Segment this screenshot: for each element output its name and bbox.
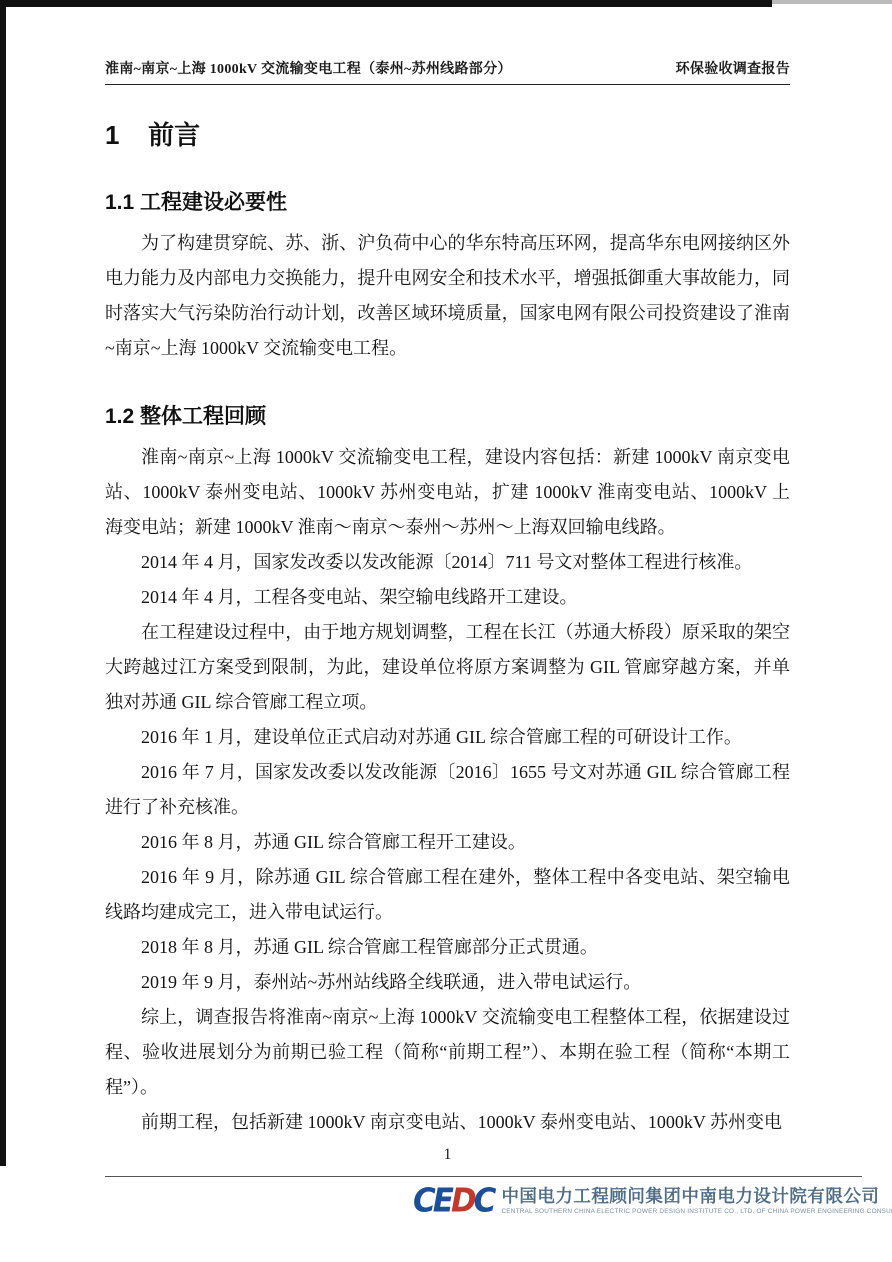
paragraph: 2016 年 9 月，除苏通 GIL 综合管廊工程在建外，整体工程中各变电站、架… <box>105 860 790 930</box>
scan-edge-top-light <box>772 0 892 4</box>
footer-logo-block: CEDC 中国电力工程顾问集团中南电力设计院有限公司 CENTRAL SOUTH… <box>413 1184 892 1218</box>
scan-edge-left <box>0 0 6 1166</box>
chapter-heading: 1前言 <box>105 118 790 152</box>
logo-letters-blue: CE <box>413 1182 451 1220</box>
paragraph: 综上，调查报告将淮南~南京~上海 1000kV 交流输变电工程整体工程，依据建设… <box>105 1000 790 1105</box>
paragraph: 2014 年 4 月，工程各变电站、架空输电线路开工建设。 <box>105 580 790 615</box>
paragraph: 前期工程，包括新建 1000kV 南京变电站、1000kV 泰州变电站、1000… <box>105 1105 790 1140</box>
paragraph: 2016 年 7 月，国家发改委以发改能源〔2016〕1655 号文对苏通 GI… <box>105 755 790 825</box>
header-project-title: 淮南~南京~上海 1000kV 交流输变电工程（泰州~苏州线路部分） <box>105 58 512 78</box>
scan-edge-top <box>0 0 772 7</box>
paragraph: 2014 年 4 月，国家发改委以发改能源〔2014〕711 号文对整体工程进行… <box>105 545 790 580</box>
footer-rule <box>105 1176 862 1177</box>
ceec-logo-icon: CEDC <box>413 1183 493 1219</box>
section-heading-1-1: 1.1 工程建设必要性 <box>105 188 790 218</box>
company-name-english: CENTRAL SOUTHERN CHINA ELECTRIC POWER DE… <box>501 1207 892 1216</box>
chapter-number: 1 <box>105 120 119 150</box>
page-content: 1前言 1.1 工程建设必要性 为了构建贯穿皖、苏、浙、沪负荷中心的华东特高压环… <box>105 85 790 1140</box>
paragraph: 2016 年 1 月，建设单位正式启动对苏通 GIL 综合管廊工程的可研设计工作… <box>105 720 790 755</box>
document-page: 淮南~南京~上海 1000kV 交流输变电工程（泰州~苏州线路部分） 环保验收调… <box>0 0 892 1262</box>
company-name-block: 中国电力工程顾问集团中南电力设计院有限公司 CENTRAL SOUTHERN C… <box>501 1186 892 1216</box>
header-report-title: 环保验收调查报告 <box>676 58 790 78</box>
section-heading-1-2: 1.2 整体工程回顾 <box>105 402 790 432</box>
paragraph: 淮南~南京~上海 1000kV 交流输变电工程，建设内容包括：新建 1000kV… <box>105 440 790 545</box>
logo-letter-blue: C <box>474 1182 494 1220</box>
paragraph: 2019 年 9 月，泰州站~苏州站线路全线联通，进入带电试运行。 <box>105 965 790 1000</box>
paragraph: 2018 年 8 月，苏通 GIL 综合管廊工程管廊部分正式贯通。 <box>105 930 790 965</box>
page-number: 1 <box>105 1146 790 1164</box>
paragraph: 2016 年 8 月，苏通 GIL 综合管廊工程开工建设。 <box>105 825 790 860</box>
paragraph: 在工程建设过程中，由于地方规划调整，工程在长江（苏通大桥段）原采取的架空大跨越过… <box>105 615 790 720</box>
paragraph: 为了构建贯穿皖、苏、浙、沪负荷中心的华东特高压环网，提高华东电网接纳区外电力能力… <box>105 226 790 366</box>
logo-letter-red: D <box>451 1182 474 1220</box>
company-name-chinese: 中国电力工程顾问集团中南电力设计院有限公司 <box>501 1186 892 1206</box>
running-header: 淮南~南京~上海 1000kV 交流输变电工程（泰州~苏州线路部分） 环保验收调… <box>105 58 790 78</box>
chapter-title: 前言 <box>148 120 200 150</box>
